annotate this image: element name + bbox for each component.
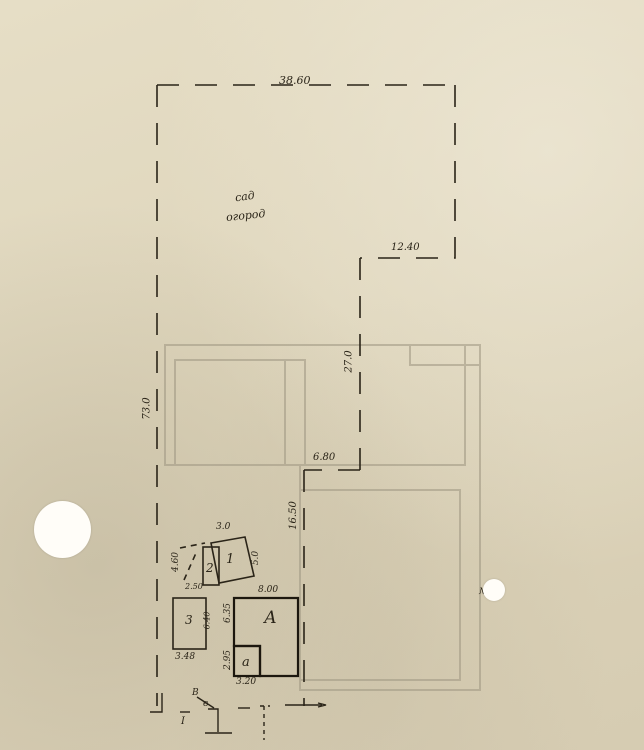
b3-label: 3 <box>185 613 193 627</box>
b1-dim-side: 5.0 <box>251 551 261 565</box>
b3-dim-bottom: 3.48 <box>175 652 195 662</box>
dim-left-length: 73.0 <box>142 397 153 419</box>
b1-label: 1 <box>226 552 234 567</box>
annex-dim-bottom: 3.20 <box>236 677 256 687</box>
dim-inner-step: 6.80 <box>313 452 335 463</box>
house-dim-side: 6.35 <box>223 603 233 623</box>
b2-label: 2 <box>206 561 214 575</box>
punch-hole-left <box>34 501 91 558</box>
outbuildings-1-2 <box>180 537 254 585</box>
dim-right-upper: 12.40 <box>391 242 420 253</box>
dim-inner-vertical-lower: 16.50 <box>288 501 299 530</box>
house-label: А <box>264 608 277 628</box>
ghost-building-outline <box>165 345 480 690</box>
garden-label-1: сад <box>234 189 255 205</box>
dim-top-width: 38.60 <box>279 74 311 87</box>
dim-inner-vertical-upper: 27.0 <box>344 350 355 372</box>
b2-dim-side: 4.60 <box>171 552 181 572</box>
street-line <box>150 693 326 740</box>
annex-dim-side: 2.95 <box>223 650 233 670</box>
annex-label: а <box>242 655 250 670</box>
b3-dim-side: 6.40 <box>202 612 211 630</box>
b1-dim-top: 3.0 <box>216 522 230 532</box>
house-dim-top: 8.00 <box>258 585 278 595</box>
site-plan-drawing <box>0 0 644 750</box>
street-marker-b-small: в <box>203 699 208 709</box>
street-marker-i: I <box>181 716 185 727</box>
b2-dim-bottom: 2.50 <box>185 582 203 591</box>
punch-hole-right <box>483 579 505 601</box>
street-marker-b: В <box>192 688 199 698</box>
